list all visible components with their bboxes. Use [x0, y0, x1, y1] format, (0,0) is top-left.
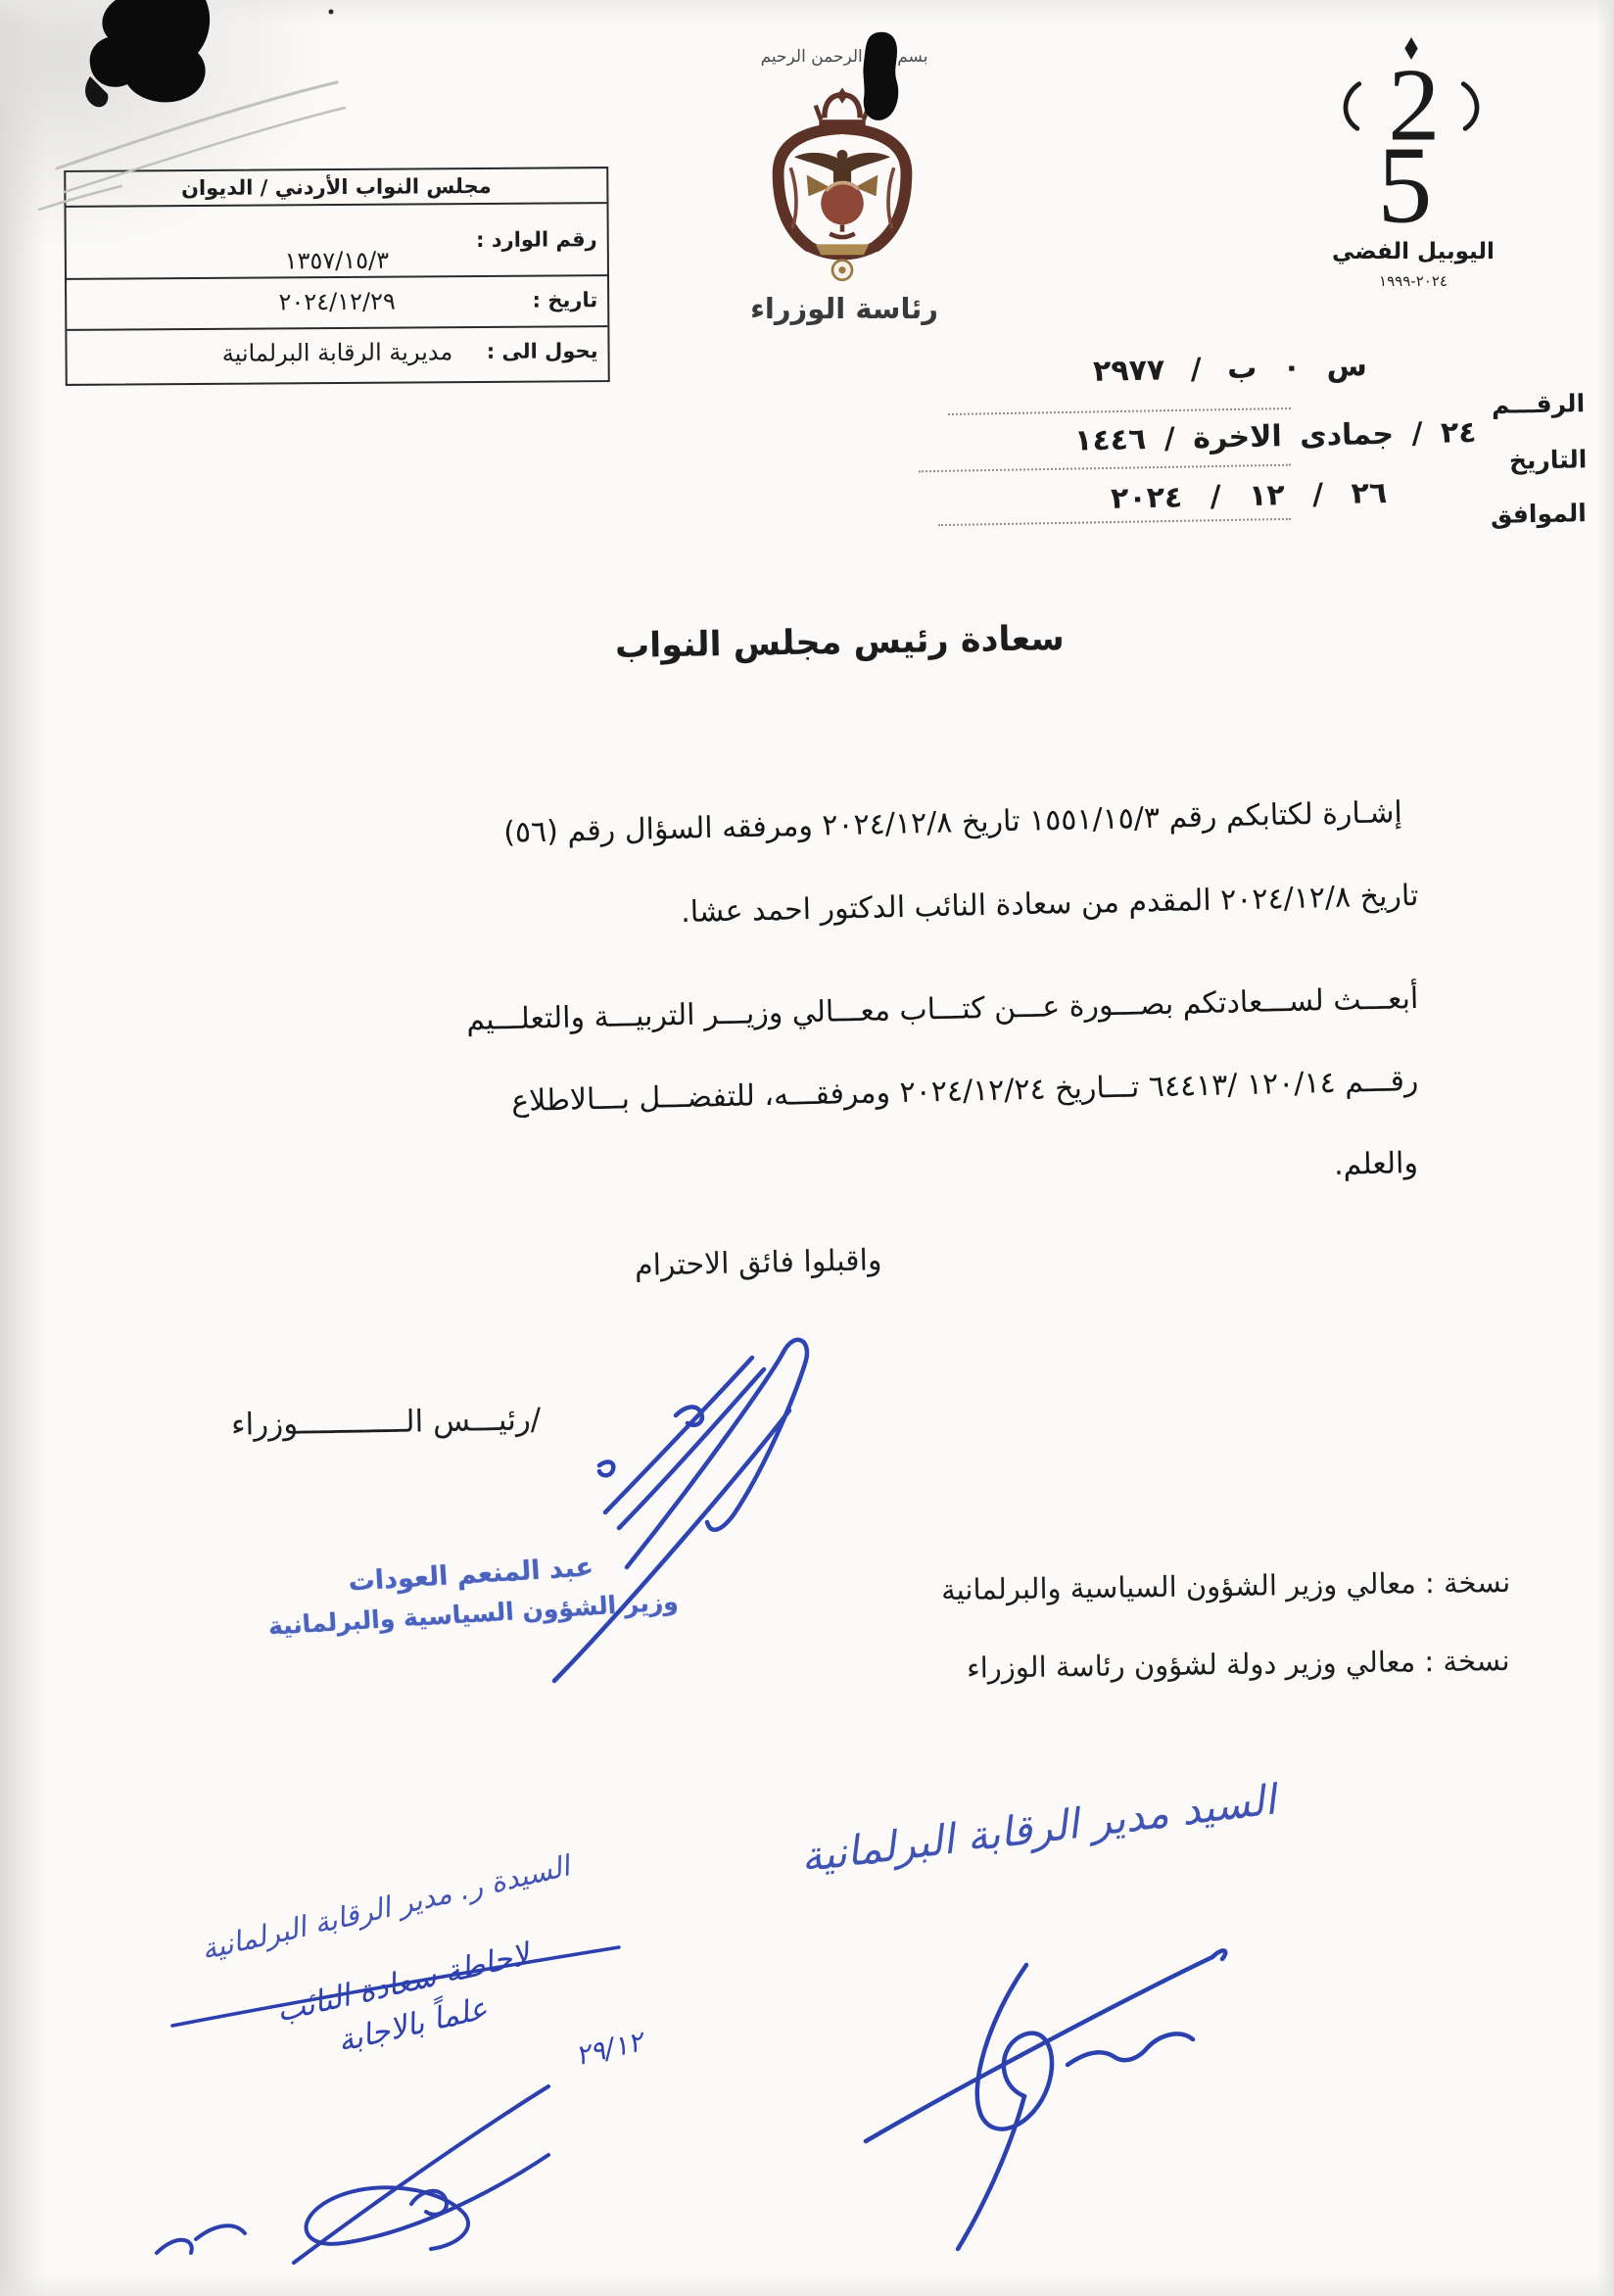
- left-note-underline-stroke: [172, 1947, 619, 2026]
- pencil-scribbles: [39, 82, 345, 210]
- ink-blot-corner: [90, 0, 210, 102]
- ink-speck: [329, 10, 334, 15]
- scanned-letter-page: مجلس النواب الأردني / الديوان رقم الوارد…: [0, 0, 1614, 2296]
- director-signature-icon: [866, 1950, 1225, 2249]
- pm-signature-icon: [554, 1340, 807, 1681]
- left-signature-icon: [157, 2086, 548, 2263]
- ink-and-signature-overlay: [0, 0, 1614, 2296]
- ink-blot-bismillah: [863, 32, 898, 120]
